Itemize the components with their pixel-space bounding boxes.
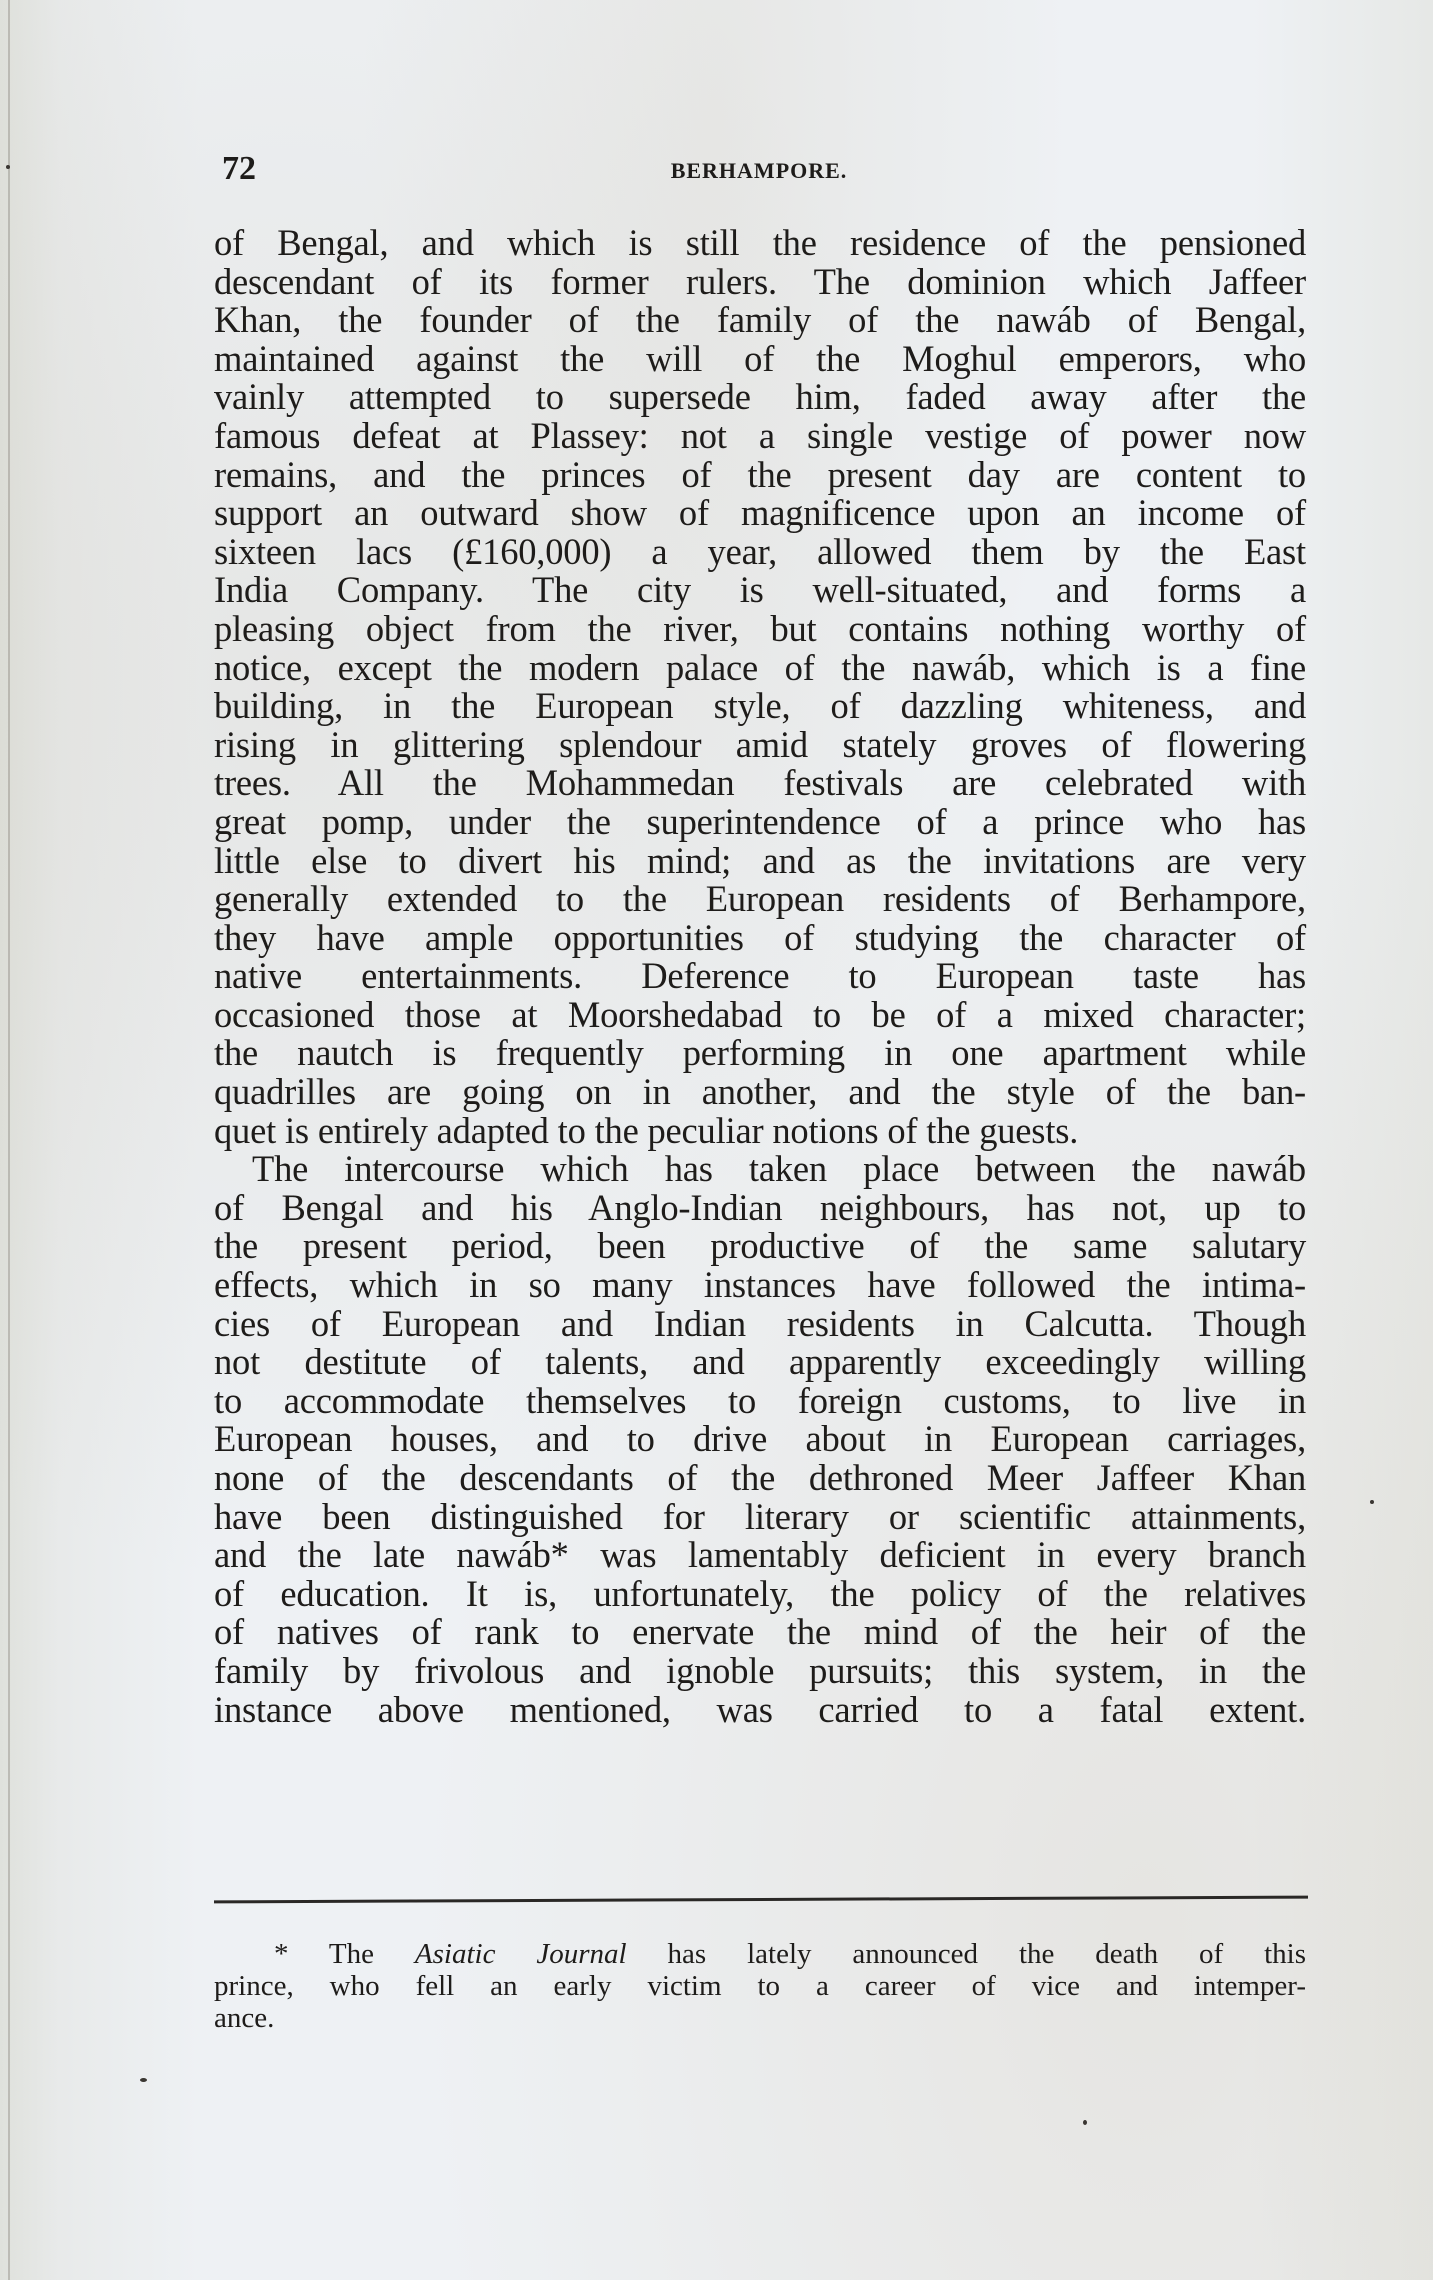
footnote-divider [214,1896,1308,1904]
text-line: India Company. The city is well-situated… [214,571,1306,610]
journal-title: Asiatic Journal [415,1938,627,1970]
text-line: of education. It is, unfortunately, the … [214,1575,1306,1614]
text-line: notice, except the modern palace of the … [214,649,1306,688]
paper-speck [140,2078,147,2082]
text-line: trees. All the Mohammedan festivals are … [214,764,1306,803]
footnote: * The Asiatic Journal has lately announc… [214,1938,1306,2034]
text-line: have been distinguished for literary or … [214,1498,1306,1537]
paper-speck [6,165,10,169]
text-line: Khan, the founder of the family of the n… [214,301,1306,340]
text-line: remains, and the princes of the present … [214,456,1306,495]
paragraph-end-line: quet is entirely adapted to the peculiar… [214,1112,1306,1151]
running-head: 72 BERHAMPORE. [214,150,1304,190]
text-line: descendant of its former rulers. The dom… [214,263,1306,302]
text-line: effects, which in so many instances have… [214,1266,1306,1305]
text-line: famous defeat at Plassey: not a single v… [214,417,1306,456]
text-line: not destitute of talents, and apparently… [214,1343,1306,1382]
footnote-text: The [329,1938,415,1970]
text-line: family by frivolous and ignoble pursuits… [214,1652,1306,1691]
text-line: of Bengal, and which is still the reside… [214,224,1306,263]
text-line: vainly attempted to supersede him, faded… [214,378,1306,417]
footnote-line: ance. [214,2002,1306,2034]
text-line: the nautch is frequently performing in o… [214,1034,1306,1073]
text-line: cies of European and Indian residents in… [214,1305,1306,1344]
text-line: none of the descendants of the dethroned… [214,1459,1306,1498]
footnote-marker: * [274,1938,289,1970]
text-line: pleasing object from the river, but cont… [214,610,1306,649]
text-line: maintained against the will of the Moghu… [214,340,1306,379]
text-line: occasioned those at Moorshedabad to be o… [214,996,1306,1035]
text-line: the present period, been productive of t… [214,1227,1306,1266]
running-title: BERHAMPORE. [214,158,1304,184]
text-line: they have ample opportunities of studyin… [214,919,1306,958]
body-text: of Bengal, and which is still the reside… [214,224,1306,1729]
text-line: and the late nawáb* was lamentably defic… [214,1536,1306,1575]
text-line: native entertainments. Deference to Euro… [214,957,1306,996]
book-page: 72 BERHAMPORE. of Bengal, and which is s… [0,0,1433,2280]
text-line: of natives of rank to enervate the mind … [214,1613,1306,1652]
text-line: instance above mentioned, was carried to… [214,1691,1306,1730]
text-line: generally extended to the European resid… [214,880,1306,919]
text-line: support an outward show of magnificence … [214,494,1306,533]
paper-speck [1083,2120,1087,2125]
paragraph-start-line: The intercourse which has taken place be… [214,1150,1306,1189]
text-line: great pomp, under the superintendence of… [214,803,1306,842]
text-line: building, in the European style, of dazz… [214,687,1306,726]
footnote-line: * The Asiatic Journal has lately announc… [214,1938,1306,1970]
text-line: quadrilles are going on in another, and … [214,1073,1306,1112]
text-line: of Bengal and his Anglo-Indian neighbour… [214,1189,1306,1228]
text-line: to accommodate themselves to foreign cus… [214,1382,1306,1421]
text-line: European houses, and to drive about in E… [214,1420,1306,1459]
text-line: rising in glittering splendour amid stat… [214,726,1306,765]
text-line: sixteen lacs (£160,000) a year, allowed … [214,533,1306,572]
footnote-line: prince, who fell an early victim to a ca… [214,1970,1306,2002]
paper-speck [1370,1500,1374,1504]
footnote-text: has lately announced the death of this [627,1938,1306,1970]
text-line: little else to divert his mind; and as t… [214,842,1306,881]
